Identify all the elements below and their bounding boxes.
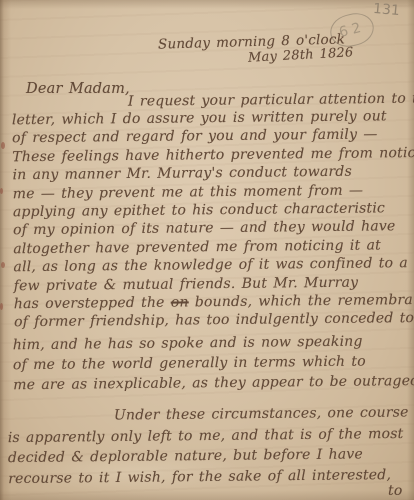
catchword: to — [388, 483, 402, 499]
paragraph2-first-line: Under these circumstances, one course — [114, 404, 409, 423]
strike-line-post: bounds, which the remembrance — [189, 292, 414, 311]
letter-line: of former friendship, has too indulgentl… — [14, 309, 414, 332]
strike-line-pre: has overstepped the — [14, 295, 171, 313]
letter-page: 131 62 Sunday morning 8 o'clock May 28th… — [0, 0, 414, 500]
letter-body-block-3: is apparently only left to me, and that … — [8, 424, 404, 489]
letter-body-block-2: him, and he has so spoke and is now spea… — [13, 332, 414, 396]
paper-speck — [0, 188, 3, 194]
letter-line: recourse to it I wish, for the sake of a… — [8, 465, 404, 490]
letter-body-block-1: letter, which I do assure you is written… — [12, 107, 414, 332]
archival-page-number: 131 — [373, 1, 401, 19]
paper-speck — [1, 142, 5, 149]
salutation: Dear Madam, — [26, 81, 130, 97]
paper-speck — [0, 303, 3, 310]
letter-line: me are as inexplicable, as they appear t… — [13, 371, 414, 395]
paper-speck — [1, 262, 5, 268]
struck-word: on — [171, 294, 189, 310]
